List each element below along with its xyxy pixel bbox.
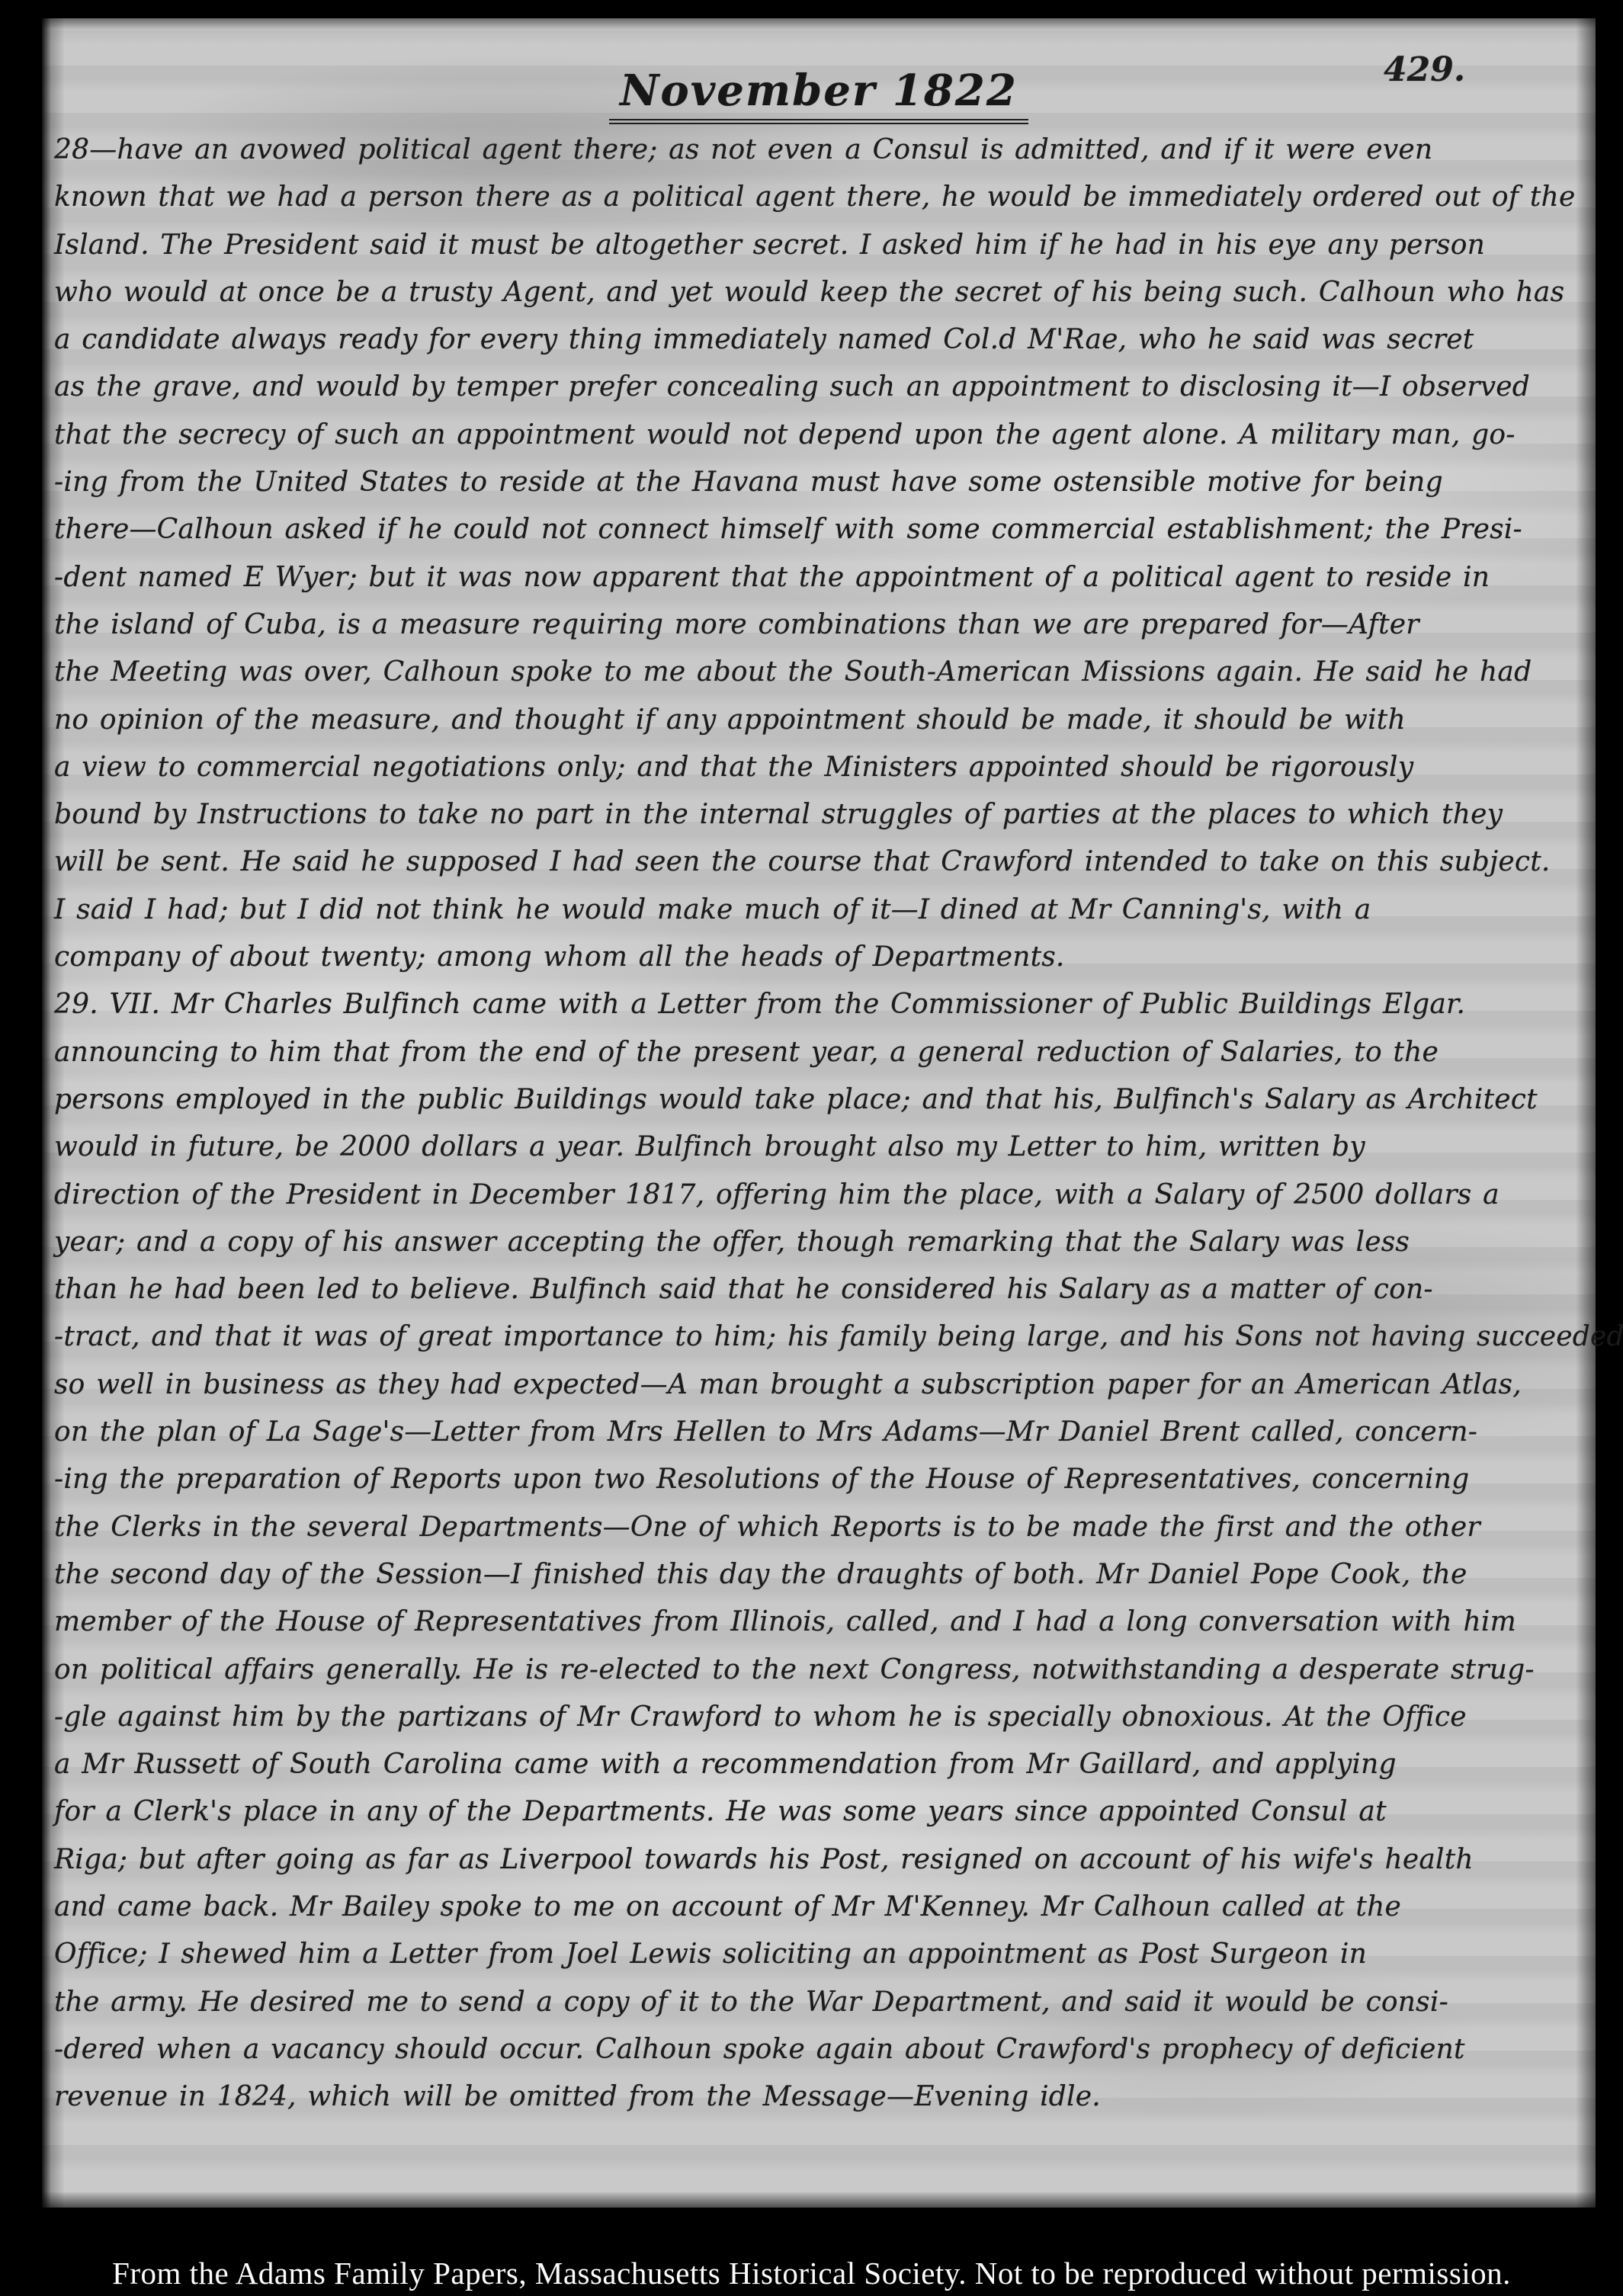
- manuscript-body: 28—have an avowed political agent there;…: [54, 127, 1586, 2121]
- attribution-caption: From the Adams Family Papers, Massachuse…: [0, 2255, 1623, 2291]
- manuscript-line: that the secrecy of such an appointment …: [54, 412, 1586, 459]
- manuscript-line: -dent named E Wyer; but it was now appar…: [54, 554, 1586, 601]
- manuscript-line: known that we had a person there as a po…: [54, 174, 1586, 221]
- manuscript-line: a view to commercial negotiations only; …: [54, 744, 1586, 791]
- manuscript-line: there—Calhoun asked if he could not conn…: [54, 506, 1586, 553]
- caption-bar: From the Adams Family Papers, Massachuse…: [0, 2208, 1623, 2296]
- manuscript-line: the island of Cuba, is a measure requiri…: [54, 601, 1586, 649]
- manuscript-line: year; and a copy of his answer accepting…: [54, 1219, 1586, 1266]
- header-row: November 1822: [42, 66, 1596, 124]
- manuscript-line: the second day of the Session—I finished…: [54, 1551, 1586, 1599]
- manuscript-line: on political affairs generally. He is re…: [54, 1647, 1586, 1694]
- scanned-page: 429. November 1822 28—have an avowed pol…: [0, 0, 1623, 2296]
- manuscript-line: persons employed in the public Buildings…: [54, 1076, 1586, 1124]
- manuscript-line: will be sent. He said he supposed I had …: [54, 839, 1586, 886]
- manuscript-line: direction of the President in December 1…: [54, 1172, 1586, 1219]
- manuscript-line: 28—have an avowed political agent there;…: [54, 127, 1586, 174]
- manuscript-line: -tract, and that it was of great importa…: [54, 1313, 1586, 1361]
- manuscript-line: bound by Instructions to take no part in…: [54, 791, 1586, 839]
- manuscript-line: -ing the preparation of Reports upon two…: [54, 1456, 1586, 1503]
- manuscript-line: -dered when a vacancy should occur. Calh…: [54, 2026, 1586, 2073]
- paper-edge-bottom: [42, 2192, 1596, 2208]
- manuscript-line: the Meeting was over, Calhoun spoke to m…: [54, 649, 1586, 696]
- manuscript-line: as the grave, and would by temper prefer…: [54, 364, 1586, 411]
- manuscript-line: -gle against him by the partizans of Mr …: [54, 1694, 1586, 1741]
- manuscript-line: Riga; but after going as far as Liverpoo…: [54, 1836, 1586, 1884]
- manuscript-line: announcing to him that from the end of t…: [54, 1029, 1586, 1076]
- manuscript-line: on the plan of La Sage's—Letter from Mrs…: [54, 1409, 1586, 1456]
- manuscript-line: Island. The President said it must be al…: [54, 222, 1586, 269]
- manuscript-line: the Clerks in the several Departments—On…: [54, 1504, 1586, 1551]
- manuscript-line: a Mr Russett of South Carolina came with…: [54, 1741, 1586, 1788]
- manuscript-line: who would at once be a trusty Agent, and…: [54, 269, 1586, 316]
- manuscript-line: revenue in 1824, which will be omitted f…: [54, 2073, 1586, 2121]
- page-title: November 1822: [609, 66, 1028, 124]
- manuscript-line: no opinion of the measure, and thought i…: [54, 697, 1586, 744]
- manuscript-line: company of about twenty; among whom all …: [54, 934, 1586, 981]
- manuscript-line: 29. VII. Mr Charles Bulfinch came with a…: [54, 981, 1586, 1028]
- paper-edge-top: [42, 18, 1596, 29]
- manuscript-line: the army. He desired me to send a copy o…: [54, 1979, 1586, 2026]
- manuscript-line: and came back. Mr Bailey spoke to me on …: [54, 1884, 1586, 1931]
- manuscript-line: than he had been led to believe. Bulfinc…: [54, 1266, 1586, 1313]
- manuscript-line: for a Clerk's place in any of the Depart…: [54, 1788, 1586, 1836]
- manuscript-line: -ing from the United States to reside at…: [54, 459, 1586, 506]
- manuscript-line: a candidate always ready for every thing…: [54, 316, 1586, 364]
- manuscript-line: member of the House of Representatives f…: [54, 1599, 1586, 1646]
- manuscript-line: would in future, be 2000 dollars a year.…: [54, 1124, 1586, 1171]
- manuscript-paper: 429. November 1822 28—have an avowed pol…: [42, 18, 1596, 2208]
- manuscript-line: I said I had; but I did not think he wou…: [54, 887, 1586, 934]
- manuscript-line: Office; I shewed him a Letter from Joel …: [54, 1931, 1586, 1978]
- manuscript-line: so well in business as they had expected…: [54, 1361, 1586, 1409]
